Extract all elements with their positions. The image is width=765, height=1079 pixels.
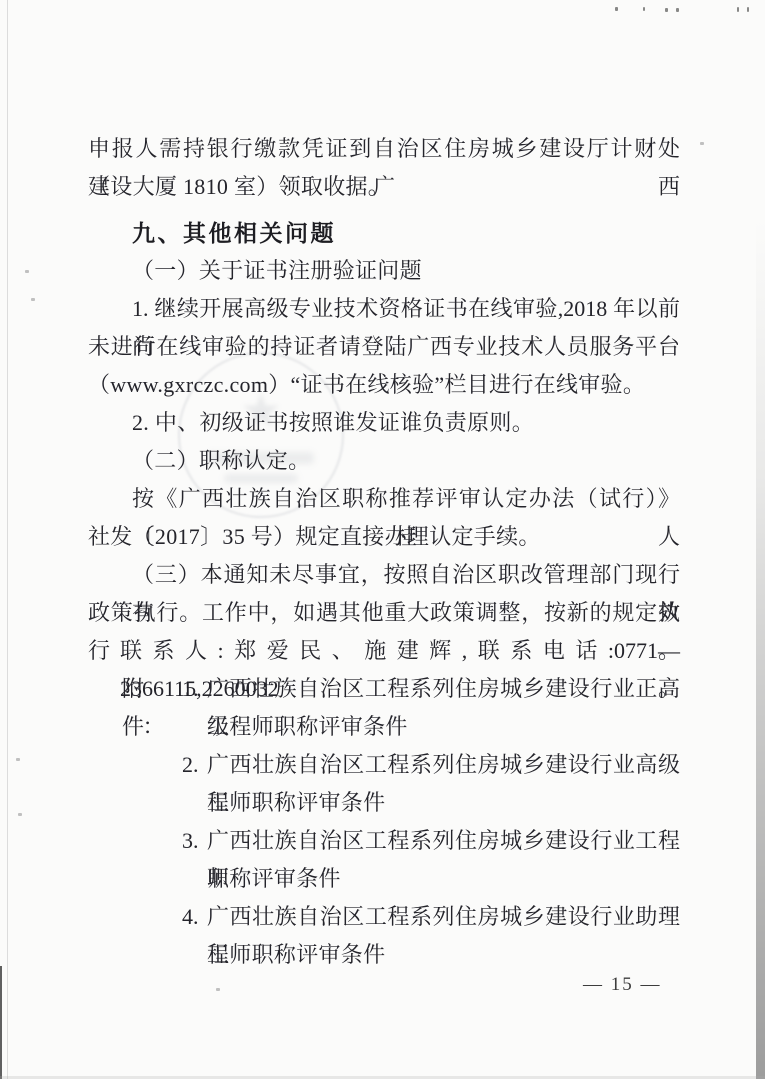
document-line: （www.gxrczc.com）“证书在线核验”栏目进行在线审验。	[88, 366, 680, 404]
attachment-number: 3.	[182, 822, 207, 860]
scan-edge-shadow	[756, 220, 765, 1079]
document-line: 政策执行。工作中，如遇其他重大政策调整，按新的规定执行。	[88, 594, 680, 632]
scan-speck	[216, 988, 220, 991]
document-line: （三）本通知未尽事宜，按照自治区职改管理部门现行有效	[88, 556, 680, 594]
document-line: 2. 中、初级证书按照谁发证谁负责原则。	[88, 404, 680, 442]
scan-left-edge-line	[0, 966, 2, 1079]
scan-speck	[25, 270, 29, 273]
attachment-indent	[88, 898, 182, 936]
scan-speck	[16, 758, 20, 761]
scan-speck	[737, 7, 739, 12]
scanned-document-page: ★ 申报人需持银行缴款凭证到自治区住房城乡建设厅计财处（广西 建设大厦 1810…	[0, 0, 765, 1079]
contact-line: 联系人:郑爱民、施建辉,联系电话:0771—2366115,2260032。	[88, 632, 680, 670]
attachment-title-cont: 程师职称评审条件	[88, 784, 680, 822]
attachment-indent	[88, 822, 182, 860]
attachment-item: 2. 广西壮族自治区工程系列住房城乡建设行业高级工	[88, 746, 680, 784]
attachment-item: 附件： 1. 广西壮族自治区工程系列住房城乡建设行业正高级	[88, 670, 680, 708]
attachment-number: 2.	[182, 746, 207, 784]
scan-speck	[643, 7, 645, 11]
document-line: 未进行在线审验的持证者请登陆广西专业技术人员服务平台	[88, 328, 680, 366]
scan-speck	[665, 8, 668, 12]
scan-speck	[676, 8, 679, 12]
attachment-item: 3. 广西壮族自治区工程系列住房城乡建设行业工程师	[88, 822, 680, 860]
attachments-label: 附件：	[122, 670, 182, 708]
left-margin-rule	[7, 0, 8, 1079]
attachment-title: 广西壮族自治区工程系列住房城乡建设行业高级工	[207, 746, 680, 784]
scan-speck	[747, 7, 749, 12]
scan-speck	[31, 298, 35, 301]
attachment-title: 广西壮族自治区工程系列住房城乡建设行业正高级	[207, 670, 680, 708]
document-line: （一）关于证书注册验证问题	[88, 252, 680, 290]
section-heading: 九、其他相关问题	[88, 214, 680, 252]
scan-speck	[615, 7, 618, 11]
scan-speck	[18, 813, 22, 816]
document-body: 申报人需持银行缴款凭证到自治区住房城乡建设厅计财处（广西 建设大厦 1810 室…	[88, 130, 680, 974]
document-line: （二）职称认定。	[88, 442, 680, 480]
page-number: — 15 —	[583, 974, 662, 996]
attachment-title-cont: 工程师职称评审条件	[88, 708, 680, 746]
document-line: 1. 继续开展高级专业技术资格证书在线审验,2018 年以前尚	[88, 290, 680, 328]
attachment-title-cont: 程师职称评审条件	[88, 936, 680, 974]
attachment-title: 广西壮族自治区工程系列住房城乡建设行业助理工	[207, 898, 680, 936]
attachment-indent	[88, 746, 182, 784]
attachment-item: 4. 广西壮族自治区工程系列住房城乡建设行业助理工	[88, 898, 680, 936]
document-line: 按《广西壮族自治区职称推荐评审认定办法（试行）》（桂人	[88, 480, 680, 518]
attachment-number: 4.	[182, 898, 207, 936]
attachment-title-cont: 职称评审条件	[88, 860, 680, 898]
attachment-title: 广西壮族自治区工程系列住房城乡建设行业工程师	[207, 822, 680, 860]
document-line: 申报人需持银行缴款凭证到自治区住房城乡建设厅计财处（广西	[88, 130, 680, 168]
scan-speck	[700, 142, 704, 145]
attachment-number: 1.	[182, 670, 207, 708]
